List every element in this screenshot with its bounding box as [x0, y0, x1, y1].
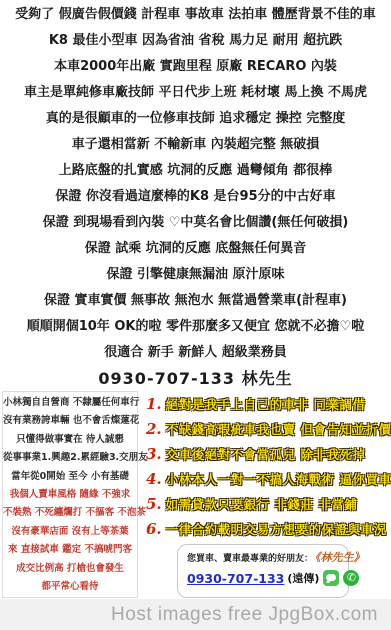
- guarantee-line-5: 保證 實車實價 無事故 無泡水 無當過營業車(計程車): [0, 288, 391, 314]
- panel-line-red: 成交比例高 打槍也會發生: [3, 560, 137, 578]
- pledge-text: 不缺錢高瑕疵車我也賣 但會告知並折價: [166, 422, 391, 437]
- panel-line: 沒有業務誇車輛 也不會舌燦蓮花: [3, 412, 137, 430]
- panel-line-red: 都平常心看待: [3, 578, 137, 596]
- panel-line: 只懂得做事實在 待人誠懇: [3, 431, 137, 449]
- guarantee-line-4: 保證 引擎健康無漏油 原汁原味: [0, 262, 391, 288]
- ad-line-5: 真的是很顧車的一位修車技師 追求穩定 操控 完整度: [0, 106, 391, 132]
- contact-intro-text: 您買車、賣車最專業的好朋友：: [187, 554, 313, 564]
- panel-line-red: 不裝熟 不死纏爛打 不摳客 不泡茶: [3, 504, 137, 522]
- seller-name: 《林先生》: [315, 551, 365, 564]
- panel-line: 當年從0開始 至今 小有基礎: [3, 468, 137, 486]
- host-credit-text: Host images free JpgBox.com: [111, 599, 378, 630]
- guarantee-line-2: 保證 到現場看到內裝 ♡中莫名會比個讚(無任何破損): [0, 210, 391, 236]
- ad-line-7: 上路底盤的扎實感 坑洞的反應 過彎傾角 都很棒: [0, 158, 391, 184]
- pledge-text: 如需貸款只要銀行 非錢莊 非當鋪: [166, 497, 358, 512]
- ad-line-2: K8 最佳小型車 因為省油 省稅 馬力足 耐用 超抗跌: [0, 28, 391, 54]
- phone-link[interactable]: 0930-707-133: [187, 571, 284, 586]
- ad-line-14: 很適合 新手 新鮮人 超級業務員: [0, 340, 391, 366]
- ad-body-text: 受夠了 假廣告假價錢 計程車 事故車 法拍車 體歷背景不佳的車 K8 最佳小型車…: [0, 2, 391, 392]
- guarantee-line-1: 保證 你沒看過這麼棒的K8 是台95分的中古好車: [0, 184, 391, 210]
- panel-line: 小林獨自自營商 不隸屬任何車行: [3, 394, 137, 412]
- contact-intro-line: 您買車、賣車最專業的好朋友：《林先生》: [187, 552, 340, 565]
- phone-line: 0930-707-133 林先生: [0, 366, 391, 392]
- pledge-number: 6.: [146, 520, 162, 538]
- line-app-icon[interactable]: [323, 570, 339, 586]
- pledge-text: 一律合約載明交易方想要的保證與車況: [166, 522, 387, 537]
- pledge-number: 5.: [146, 495, 162, 513]
- carrier-label: (遠傳): [287, 570, 319, 586]
- pledge-item: 1.絕對是我手上自己的車非 同業調借: [146, 391, 391, 416]
- pledge-item: 4.小林本人一對一不搞人海戰術 逼你買車: [146, 466, 391, 491]
- pledge-text: 交車後絕對不會當孤兒 除非我死掉: [166, 447, 366, 462]
- ad-line-6: 車子還相當新 不輸新車 內裝超完整 無破損: [0, 132, 391, 158]
- image-host-footer-bar: Host images free JpgBox.com: [0, 599, 391, 630]
- pledge-number: 3.: [146, 445, 162, 463]
- pledge-item: 3.交車後絕對不會當孤兒 除非我死掉: [146, 441, 391, 466]
- ad-line-3: 本車2000年出廠 實跑里程 原廠 RECARO 內裝: [0, 54, 391, 80]
- pledge-text: 絕對是我手上自己的車非 同業調借: [166, 397, 366, 412]
- ad-line-4: 車主是單純修車廠技師 平日代步上班 耗材壞 馬上換 不馬虎: [0, 80, 391, 106]
- pledge-item: 5.如需貸款只要銀行 非錢莊 非當鋪: [146, 491, 391, 516]
- contact-phone-line: 0930-707-133 (遠傳) ✆: [187, 570, 340, 586]
- guarantee-line-3: 保證 試乘 坑洞的反應 底盤無任何異音: [0, 236, 391, 262]
- pledge-list: 1.絕對是我手上自己的車非 同業調借 2.不缺錢高瑕疵車我也賣 但會告知並折價 …: [146, 391, 391, 541]
- pledge-item: 2.不缺錢高瑕疵車我也賣 但會告知並折價: [146, 416, 391, 441]
- pledge-item: 6.一律合約載明交易方想要的保證與車況: [146, 516, 391, 541]
- panel-line-red: 來 直接試車 鑑定 不搞唬門客: [3, 541, 137, 559]
- pledge-number: 4.: [146, 470, 162, 488]
- contact-card: 您買車、賣車最專業的好朋友：《林先生》 0930-707-133 (遠傳) ✆: [177, 544, 349, 598]
- pledge-number: 2.: [146, 420, 162, 438]
- ad-line-1: 受夠了 假廣告假價錢 計程車 事故車 法拍車 體歷背景不佳的車: [0, 2, 391, 28]
- panel-line: 從事事業1.興趣2.累經驗3.交朋友: [3, 449, 137, 467]
- panel-line-red: 沒有豪華店面 沒有上等茶葉: [3, 523, 137, 541]
- pledge-number: 1.: [146, 395, 162, 413]
- whatsapp-icon[interactable]: ✆: [343, 570, 359, 586]
- seller-intro-panel: 小林獨自自營商 不隸屬任何車行 沒有業務誇車輛 也不會舌燦蓮花 只懂得做事實在 …: [2, 391, 138, 598]
- used-car-ad-flyer: 受夠了 假廣告假價錢 計程車 事故車 法拍車 體歷背景不佳的車 K8 最佳小型車…: [0, 0, 391, 630]
- panel-line-red: 我個人賣車風格 隨緣 不強求: [3, 486, 137, 504]
- ad-line-13: 順順開個10年 OK的啦 零件那麼多又便宜 您就不必擔♡啦: [0, 314, 391, 340]
- pledge-text: 小林本人一對一不搞人海戰術 逼你買車: [166, 472, 391, 487]
